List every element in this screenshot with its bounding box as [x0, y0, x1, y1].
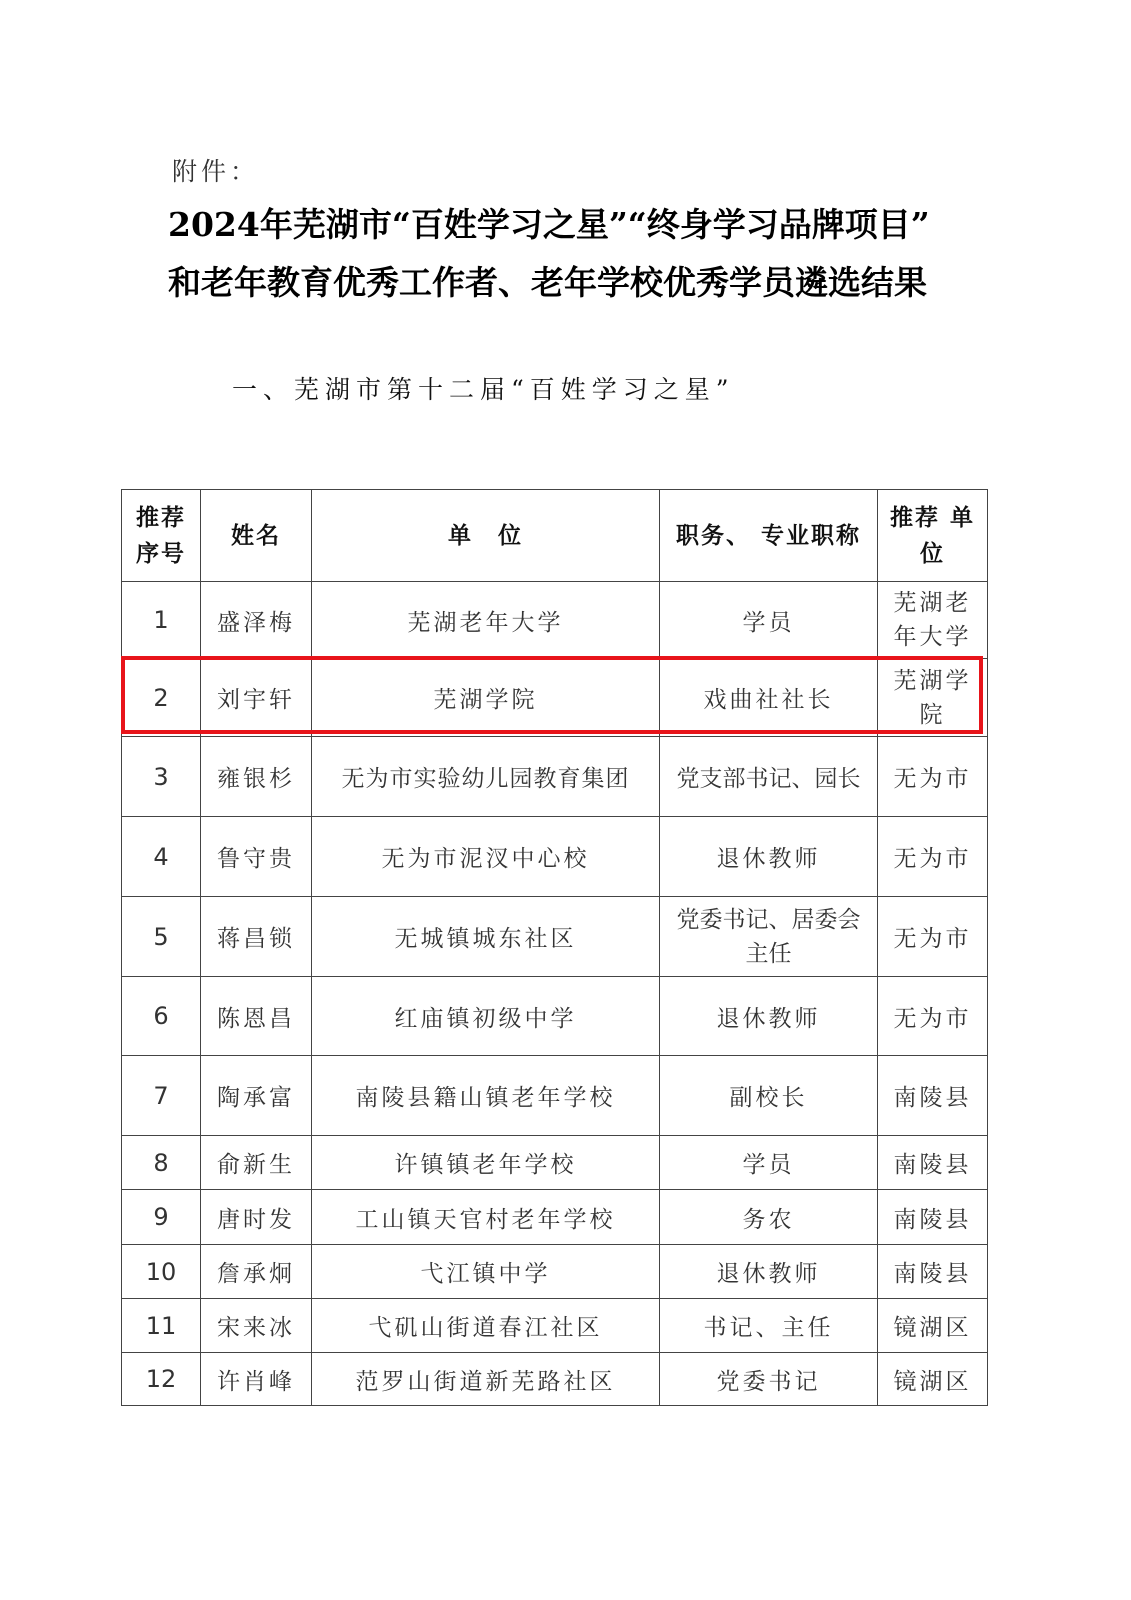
table-row: 11 宋来冰 弋矶山街道春江社区 书记、主任 镜湖区 — [122, 1299, 988, 1353]
table-row: 9 唐时发 工山镇天官村老年学校 务农 南陵县 — [122, 1190, 988, 1245]
table-row: 10 詹承炯 弋江镇中学 退休教师 南陵县 — [122, 1245, 988, 1299]
cell-unit: 芜湖老年大学 — [312, 582, 660, 659]
cell-position: 学员 — [660, 1136, 878, 1190]
cell-name: 宋来冰 — [201, 1299, 312, 1353]
cell-no: 7 — [122, 1056, 201, 1136]
cell-position: 党委书记、居委会 主任 — [660, 897, 878, 977]
cell-no: 12 — [122, 1353, 201, 1406]
cell-name: 俞新生 — [201, 1136, 312, 1190]
cell-position: 党支部书记、园长 — [660, 737, 878, 817]
table-row: 7 陶承富 南陵县籍山镇老年学校 副校长 南陵县 — [122, 1056, 988, 1136]
section-heading: 一、芜湖市第十二届“百姓学习之星” — [232, 370, 735, 406]
cell-name: 唐时发 — [201, 1190, 312, 1245]
table-row: 3 雍银杉 无为市实验幼儿园教育集团 党支部书记、园长 无为市 — [122, 737, 988, 817]
cell-unit: 弋江镇中学 — [312, 1245, 660, 1299]
header-position: 职务、 专业职称 — [660, 490, 878, 582]
header-index: 推荐 序号 — [122, 490, 201, 582]
table-row: 4 鲁守贵 无为市泥汊中心校 退休教师 无为市 — [122, 817, 988, 897]
cell-name: 陈恩昌 — [201, 977, 312, 1056]
cell-recommender-line1: 芜湖学 — [882, 664, 983, 698]
cell-name: 盛泽梅 — [201, 582, 312, 659]
cell-recommender: 镜湖区 — [878, 1299, 988, 1353]
table-row: 8 俞新生 许镇镇老年学校 学员 南陵县 — [122, 1136, 988, 1190]
cell-recommender-line2: 院 — [882, 698, 983, 732]
header-index-line2: 序号 — [136, 541, 186, 567]
cell-position: 党委书记 — [660, 1353, 878, 1406]
cell-position-line2: 主任 — [664, 937, 873, 971]
cell-recommender: 南陵县 — [878, 1136, 988, 1190]
cell-name: 许肖峰 — [201, 1353, 312, 1406]
table-row-highlighted: 2 刘宇轩 芜湖学院 戏曲社社长 芜湖学 院 — [122, 659, 988, 737]
cell-position-line1: 党委书记、居委会 — [664, 903, 873, 937]
cell-recommender-line1: 芜湖老 — [882, 586, 983, 620]
cell-position: 退休教师 — [660, 1245, 878, 1299]
cell-position: 学员 — [660, 582, 878, 659]
document-title: 2024年芜湖市“百姓学习之星”“终身学习品牌项目” 和老年教育优秀工作者、老年… — [168, 196, 968, 312]
results-table: 推荐 序号 姓名 单 位 职务、 专业职称 推荐 单位 1 盛泽梅 芜湖老年大学… — [121, 489, 988, 1406]
cell-unit: 许镇镇老年学校 — [312, 1136, 660, 1190]
header-recommender-line1: 推荐 — [890, 505, 940, 531]
header-name: 姓名 — [201, 490, 312, 582]
header-position-line2: 专业职称 — [761, 523, 861, 549]
cell-no: 1 — [122, 582, 201, 659]
cell-recommender: 无为市 — [878, 737, 988, 817]
cell-position: 务农 — [660, 1190, 878, 1245]
cell-no: 10 — [122, 1245, 201, 1299]
header-recommender: 推荐 单位 — [878, 490, 988, 582]
header-position-line1: 职务、 — [676, 523, 751, 549]
cell-unit: 弋矶山街道春江社区 — [312, 1299, 660, 1353]
cell-name: 陶承富 — [201, 1056, 312, 1136]
table-row: 6 陈恩昌 红庙镇初级中学 退休教师 无为市 — [122, 977, 988, 1056]
cell-unit: 无城镇城东社区 — [312, 897, 660, 977]
table-row: 5 蒋昌锁 无城镇城东社区 党委书记、居委会 主任 无为市 — [122, 897, 988, 977]
cell-recommender: 无为市 — [878, 817, 988, 897]
cell-name: 蒋昌锁 — [201, 897, 312, 977]
attachment-label: 附件： — [172, 152, 259, 188]
cell-no: 8 — [122, 1136, 201, 1190]
cell-unit: 芜湖学院 — [312, 659, 660, 737]
title-line-1: 2024年芜湖市“百姓学习之星”“终身学习品牌项目” — [168, 196, 968, 254]
cell-name: 刘宇轩 — [201, 659, 312, 737]
cell-unit: 工山镇天官村老年学校 — [312, 1190, 660, 1245]
cell-recommender: 镜湖区 — [878, 1353, 988, 1406]
cell-position: 戏曲社社长 — [660, 659, 878, 737]
cell-no: 5 — [122, 897, 201, 977]
cell-recommender: 无为市 — [878, 897, 988, 977]
cell-unit: 无为市泥汊中心校 — [312, 817, 660, 897]
header-unit: 单 位 — [312, 490, 660, 582]
cell-unit: 南陵县籍山镇老年学校 — [312, 1056, 660, 1136]
header-index-line1: 推荐 — [136, 505, 186, 531]
cell-recommender: 芜湖老 年大学 — [878, 582, 988, 659]
cell-no: 3 — [122, 737, 201, 817]
cell-no: 2 — [122, 659, 201, 737]
cell-no: 6 — [122, 977, 201, 1056]
cell-recommender: 南陵县 — [878, 1190, 988, 1245]
cell-no: 9 — [122, 1190, 201, 1245]
cell-recommender: 南陵县 — [878, 1056, 988, 1136]
cell-position: 退休教师 — [660, 977, 878, 1056]
cell-recommender: 无为市 — [878, 977, 988, 1056]
cell-position: 退休教师 — [660, 817, 878, 897]
cell-recommender-line2: 年大学 — [882, 620, 983, 654]
table-row: 1 盛泽梅 芜湖老年大学 学员 芜湖老 年大学 — [122, 582, 988, 659]
cell-recommender: 南陵县 — [878, 1245, 988, 1299]
table-row: 12 许肖峰 范罗山街道新芜路社区 党委书记 镜湖区 — [122, 1353, 988, 1406]
cell-name: 鲁守贵 — [201, 817, 312, 897]
cell-name: 雍银杉 — [201, 737, 312, 817]
cell-position: 书记、主任 — [660, 1299, 878, 1353]
cell-recommender: 芜湖学 院 — [878, 659, 988, 737]
cell-name: 詹承炯 — [201, 1245, 312, 1299]
cell-position: 副校长 — [660, 1056, 878, 1136]
cell-unit: 范罗山街道新芜路社区 — [312, 1353, 660, 1406]
cell-unit: 无为市实验幼儿园教育集团 — [312, 737, 660, 817]
table-header-row: 推荐 序号 姓名 单 位 职务、 专业职称 推荐 单位 — [122, 490, 988, 582]
cell-no: 4 — [122, 817, 201, 897]
title-line-2: 和老年教育优秀工作者、老年学校优秀学员遴选结果 — [168, 254, 968, 312]
cell-no: 11 — [122, 1299, 201, 1353]
cell-unit: 红庙镇初级中学 — [312, 977, 660, 1056]
